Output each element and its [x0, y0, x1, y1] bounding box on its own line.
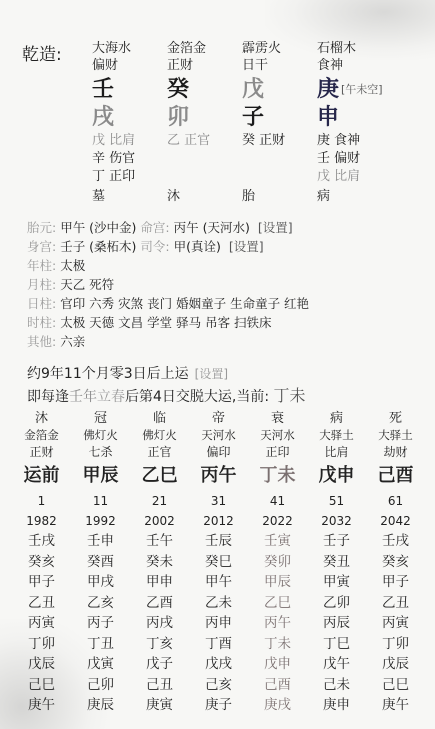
label: 命宫:: [140, 220, 169, 235]
cell: 临: [130, 410, 189, 427]
liunian-cell[interactable]: 庚申: [307, 695, 366, 716]
earthly-branch: 卯: [167, 104, 242, 132]
label: 司令:: [140, 239, 169, 254]
dayun-cell[interactable]: 丙午: [189, 461, 248, 491]
liunian-row: 庚午庚辰庚寅庚子庚戌庚申庚午: [12, 695, 432, 716]
liunian-cell[interactable]: 壬寅: [248, 531, 307, 552]
cell: 天河水: [189, 427, 248, 444]
chart-label: 乾造:: [22, 40, 92, 206]
text: 后第4日交脱大运,当前:: [125, 389, 274, 405]
kongwang-label: [午未空]: [341, 83, 383, 96]
cell: 大驿土: [307, 427, 366, 444]
earthly-branch: 子: [242, 104, 317, 132]
liunian-cell[interactable]: 戊午: [307, 654, 366, 675]
cell: 偏印: [189, 444, 248, 461]
settings-link[interactable]: [设置]: [229, 239, 264, 254]
info-row-shengong: 身宫: 壬子 (桑柘木) 司令: 甲(真诠) [设置]: [27, 237, 309, 256]
cell: 正印: [248, 444, 307, 461]
liunian-cell[interactable]: 乙亥: [71, 593, 130, 614]
pillar-nayin: 金箔金: [167, 40, 242, 57]
liunian-cell[interactable]: 甲申: [130, 572, 189, 593]
pillar-shishen: 正财: [167, 57, 242, 74]
cell: 七杀: [71, 444, 130, 461]
pillar-day: 霹雳火 日干 戊 子 癸 正财 胎: [242, 40, 317, 206]
cell: 金箔金: [12, 427, 71, 444]
liunian-cell[interactable]: 壬戌: [12, 531, 71, 552]
dayun-cell[interactable]: 运前: [12, 461, 71, 491]
label: 月柱:: [27, 277, 56, 292]
value: 丙午 (天河水): [174, 220, 250, 235]
liunian-cell[interactable]: 己未: [307, 675, 366, 696]
cell: 劫财: [366, 444, 425, 461]
row-year: 1982 1992 2002 2012 2022 2032 2042: [12, 511, 432, 531]
liunian-cell[interactable]: 壬辰: [189, 531, 248, 552]
liunian-cell[interactable]: 甲寅: [307, 572, 366, 593]
liunian-cell[interactable]: 丙寅: [366, 613, 425, 634]
liunian-cell[interactable]: 丙戌: [130, 613, 189, 634]
liunian-cell[interactable]: 丙辰: [307, 613, 366, 634]
life-stage: 沐: [167, 188, 242, 206]
liunian-cell[interactable]: 丁卯: [12, 634, 71, 655]
liunian-row: 己巳己卯己丑己亥己酉己未己巳: [12, 675, 432, 696]
row-nayin: 金箔金 佛灯火 佛灯火 天河水 天河水 大驿土 大驿土: [12, 427, 432, 444]
pillar-month: 金箔金 正财 癸 卯 乙 正官 沐: [167, 40, 242, 206]
cell: 帝: [189, 410, 248, 427]
hidden-stem: 庚 食神: [317, 132, 392, 150]
cell: 佛灯火: [130, 427, 189, 444]
liunian-cell[interactable]: 庚午: [12, 695, 71, 716]
liunian-cell[interactable]: 丙午: [248, 613, 307, 634]
pillar-nayin: 霹雳火: [242, 40, 317, 57]
cell: 正财: [12, 444, 71, 461]
dayun-cell[interactable]: 己酉: [366, 461, 425, 491]
liunian-cell[interactable]: 乙未: [189, 593, 248, 614]
cell: 正官: [130, 444, 189, 461]
cell: 1992: [71, 511, 130, 531]
pillar-hour: 石榴木 食神 庚[午未空] 申 庚 食神 壬 偏财 戊 比肩 病: [317, 40, 392, 206]
hidden-stem: 壬 偏财: [317, 150, 392, 168]
info-row-qita: 其他: 六亲: [27, 332, 309, 351]
pillar-shishen: 食神: [317, 57, 392, 74]
label: 胎元:: [27, 220, 56, 235]
label: 身宫:: [27, 239, 56, 254]
dayun-cell-current[interactable]: 丁未: [248, 461, 307, 491]
liunian-cell[interactable]: 癸巳: [189, 552, 248, 573]
liunian-cell[interactable]: 庚戌: [248, 695, 307, 716]
row-age: 1 11 21 31 41 51 61: [12, 491, 432, 511]
liunian-cell[interactable]: 乙丑: [12, 593, 71, 614]
cell: 沐: [12, 410, 71, 427]
liunian-cell[interactable]: 己卯: [71, 675, 130, 696]
liunian-row: 壬戌壬申壬午壬辰壬寅壬子壬戌: [12, 531, 432, 552]
liunian-cell[interactable]: 丁亥: [130, 634, 189, 655]
liunian-row: 甲子甲戌甲申甲午甲辰甲寅甲子: [12, 572, 432, 593]
cell: 大驿土: [366, 427, 425, 444]
pillar-shishen: 偏财: [92, 57, 167, 74]
liunian-cell[interactable]: 己亥: [189, 675, 248, 696]
cell: 31: [189, 491, 248, 511]
settings-link[interactable]: [设置]: [258, 220, 293, 235]
value: 太极: [60, 258, 85, 273]
liunian-cell[interactable]: 己丑: [130, 675, 189, 696]
cell: 11: [71, 491, 130, 511]
hidden-stem: 乙 正官: [167, 132, 242, 150]
liunian-cell[interactable]: 乙巳: [248, 593, 307, 614]
dayun-table: 沐 冠 临 帝 衰 病 死 金箔金 佛灯火 佛灯火 天河水 天河水 大驿土 大驿…: [12, 410, 432, 716]
life-stage: 病: [317, 188, 392, 206]
liunian-row: 癸亥癸酉癸未癸巳癸卯癸丑癸亥: [12, 552, 432, 573]
liunian-cell[interactable]: 丙寅: [12, 613, 71, 634]
text: 壬年: [69, 389, 97, 405]
settings-link[interactable]: [设置]: [195, 367, 228, 381]
liunian-cell[interactable]: 癸亥: [12, 552, 71, 573]
cell: 51: [307, 491, 366, 511]
pillar-nayin: 石榴木: [317, 40, 392, 57]
hidden-stem: 辛 伤官: [92, 150, 167, 168]
heavenly-stem: 癸: [167, 76, 242, 104]
liunian-cell[interactable]: 庚寅: [130, 695, 189, 716]
cell: 41: [248, 491, 307, 511]
cell: 1982: [12, 511, 71, 531]
liunian-cell[interactable]: 乙丑: [366, 593, 425, 614]
liunian-cell[interactable]: 庚子: [189, 695, 248, 716]
liunian-cell[interactable]: 癸卯: [248, 552, 307, 573]
value: 甲(真诠): [174, 239, 221, 254]
liunian-cell[interactable]: 甲午: [189, 572, 248, 593]
value: 官印 六秀 灾煞 丧门 婚姻童子 生命童子 红艳: [60, 296, 309, 311]
liunian-cell[interactable]: 甲戌: [71, 572, 130, 593]
liunian-cell[interactable]: 庚午: [366, 695, 425, 716]
life-stage: 胎: [242, 188, 317, 206]
liunian-cell[interactable]: 丙子: [71, 613, 130, 634]
dayun-cell[interactable]: 乙巳: [130, 461, 189, 491]
start-text: 约9年11个月零3日后上运: [27, 366, 189, 382]
pillar-shishen: 日干: [242, 57, 317, 74]
cell: 天河水: [248, 427, 307, 444]
info-row-yue: 月柱: 天乙 死符: [27, 275, 309, 294]
liunian-cell[interactable]: 戊寅: [71, 654, 130, 675]
value: 太极 天德 文昌 学堂 驿马 吊客 扫铁床: [60, 315, 271, 330]
hidden-stem: 戊 比肩: [317, 168, 392, 186]
liunian-row: 丙寅丙子丙戌丙申丙午丙辰丙寅: [12, 613, 432, 634]
dayun-cell[interactable]: 甲辰: [71, 461, 130, 491]
label: 年柱:: [27, 258, 56, 273]
text: 立春: [97, 389, 125, 405]
liunian-cell[interactable]: 乙卯: [307, 593, 366, 614]
row-shishen: 正财 七杀 正官 偏印 正印 比肩 劫财: [12, 444, 432, 461]
pillar-nayin: 大海水: [92, 40, 167, 57]
cell: 2022: [248, 511, 307, 531]
cell: 2032: [307, 511, 366, 531]
liunian-cell[interactable]: 己巳: [366, 675, 425, 696]
cell: 2042: [366, 511, 425, 531]
earthly-branch: 申: [317, 104, 392, 132]
cell: 比肩: [307, 444, 366, 461]
liunian-cell[interactable]: 甲子: [366, 572, 425, 593]
heavenly-stem: 壬: [92, 76, 167, 104]
liunian-cell[interactable]: 甲子: [12, 572, 71, 593]
cell: 衰: [248, 410, 307, 427]
liunian-cell[interactable]: 癸未: [130, 552, 189, 573]
bazi-chart: 乾造: 大海水 偏财 壬 戌 戊 比肩 辛 伤官 丁 正印 墓 金箔金 正财 癸…: [22, 40, 392, 206]
heavenly-stem: 戊: [242, 76, 317, 104]
life-stage: 墓: [92, 188, 167, 206]
liunian-cell[interactable]: 戊辰: [12, 654, 71, 675]
text: 即每逢: [27, 389, 69, 405]
liunian-cell[interactable]: 乙酉: [130, 593, 189, 614]
liunian-cell[interactable]: 丁卯: [366, 634, 425, 655]
liunian-cell[interactable]: 癸亥: [366, 552, 425, 573]
liunian-rows: 壬戌壬申壬午壬辰壬寅壬子壬戌癸亥癸酉癸未癸巳癸卯癸丑癸亥甲子甲戌甲申甲午甲辰甲寅…: [12, 531, 432, 716]
liunian-cell[interactable]: 丁未: [248, 634, 307, 655]
cell: 61: [366, 491, 425, 511]
liunian-row: 丁卯丁丑丁亥丁酉丁未丁巳丁卯: [12, 634, 432, 655]
liunian-cell[interactable]: 戊子: [130, 654, 189, 675]
liunian-cell[interactable]: 丙申: [189, 613, 248, 634]
liunian-cell[interactable]: 壬戌: [366, 531, 425, 552]
info-row-nian: 年柱: 太极: [27, 256, 309, 275]
liunian-row: 戊辰戊寅戊子戊戌戊申戊午戊辰: [12, 654, 432, 675]
hidden-stem: 癸 正财: [242, 132, 317, 150]
liunian-cell[interactable]: 戊辰: [366, 654, 425, 675]
hidden-stem: 丁 正印: [92, 168, 167, 186]
liunian-cell[interactable]: 己巳: [12, 675, 71, 696]
label: 时柱:: [27, 315, 56, 330]
cell: 病: [307, 410, 366, 427]
cell: 2002: [130, 511, 189, 531]
liunian-cell[interactable]: 丁酉: [189, 634, 248, 655]
cell: 21: [130, 491, 189, 511]
liunian-cell[interactable]: 戊申: [248, 654, 307, 675]
cell: 2012: [189, 511, 248, 531]
liunian-row: 乙丑乙亥乙酉乙未乙巳乙卯乙丑: [12, 593, 432, 614]
liunian-cell[interactable]: 癸酉: [71, 552, 130, 573]
pillar-year: 大海水 偏财 壬 戌 戊 比肩 辛 伤官 丁 正印 墓: [92, 40, 167, 206]
liunian-cell[interactable]: 丁巳: [307, 634, 366, 655]
liunian-cell[interactable]: 壬子: [307, 531, 366, 552]
row-stage: 沐 冠 临 帝 衰 病 死: [12, 410, 432, 427]
chart-info: 胎元: 甲午 (沙中金) 命宫: 丙午 (天河水) [设置] 身宫: 壬子 (桑…: [27, 218, 309, 351]
current-dayun: 丁未: [274, 386, 306, 405]
info-row-taiyuan: 胎元: 甲午 (沙中金) 命宫: 丙午 (天河水) [设置]: [27, 218, 309, 237]
cell: 死: [366, 410, 425, 427]
value: 壬子 (桑柘木): [60, 239, 136, 254]
cell: 冠: [71, 410, 130, 427]
label: 日柱:: [27, 296, 56, 311]
hidden-stem: 戊 比肩: [92, 132, 167, 150]
label: 其他:: [27, 334, 56, 349]
cell: 1: [12, 491, 71, 511]
liunian-cell[interactable]: 己酉: [248, 675, 307, 696]
value: 甲午 (沙中金): [60, 220, 136, 235]
liunian-cell[interactable]: 丁丑: [71, 634, 130, 655]
dayun-summary: 约9年11个月零3日后上运[设置] 即每逢壬年立春后第4日交脱大运,当前: 丁未: [27, 363, 306, 408]
liunian-cell[interactable]: 壬申: [71, 531, 130, 552]
liunian-cell[interactable]: 壬午: [130, 531, 189, 552]
earthly-branch: 戌: [92, 104, 167, 132]
liunian-cell[interactable]: 甲辰: [248, 572, 307, 593]
liunian-cell[interactable]: 戊戌: [189, 654, 248, 675]
liunian-cell[interactable]: 庚辰: [71, 695, 130, 716]
info-row-shi: 时柱: 太极 天德 文昌 学堂 驿马 吊客 扫铁床: [27, 313, 309, 332]
value: 六亲: [60, 334, 85, 349]
heavenly-stem: 庚: [317, 77, 339, 102]
liunian-cell[interactable]: 癸丑: [307, 552, 366, 573]
info-row-ri: 日柱: 官印 六秀 灾煞 丧门 婚姻童子 生命童子 红艳: [27, 294, 309, 313]
cell: 佛灯火: [71, 427, 130, 444]
dayun-cell[interactable]: 戊申: [307, 461, 366, 491]
row-ganzhi: 运前 甲辰 乙巳 丙午 丁未 戊申 己酉: [12, 461, 432, 491]
value: 天乙 死符: [60, 277, 114, 292]
